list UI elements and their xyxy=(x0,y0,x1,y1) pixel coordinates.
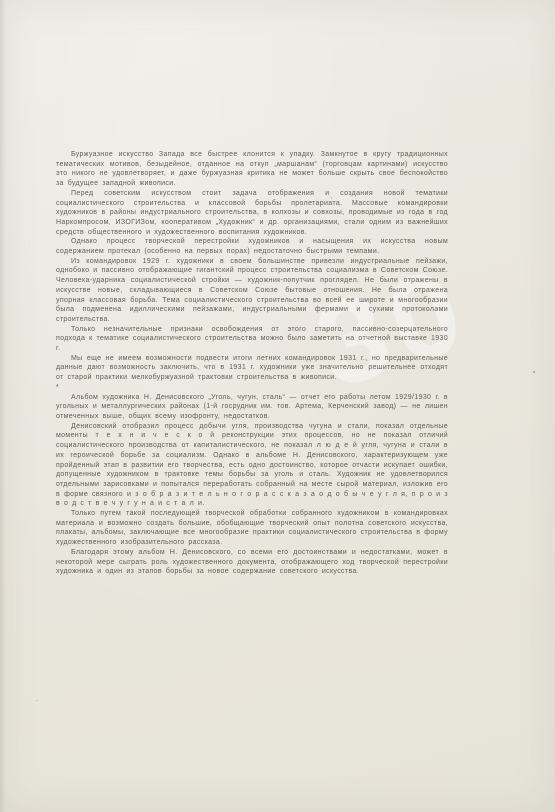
text-block: Буржуазное искусство Запада все быстрее … xyxy=(56,150,448,577)
dust-speck xyxy=(331,197,332,199)
scanned-page: 30 Буржуазное искусство Запада все быстр… xyxy=(0,0,555,812)
paragraph: Мы еще не имеем возможности подвести ито… xyxy=(56,354,448,383)
paragraph: Только незначительные признаки освобожде… xyxy=(56,325,448,354)
paragraph: Перед советским искусством стоит задача … xyxy=(56,189,448,238)
section-separator: * xyxy=(56,383,448,393)
paragraph: Только путем такой последующей творческо… xyxy=(56,509,448,548)
paragraph: Альбом художника Н. Денисовского „Уголь,… xyxy=(56,393,448,422)
paragraph: Благодаря этому альбом Н. Денисовского, … xyxy=(56,548,448,577)
page-edge-shading xyxy=(0,0,6,812)
dust-speck xyxy=(36,700,38,701)
paragraph: Денисовский отобразил процесс добычи угл… xyxy=(56,422,448,509)
paragraph: Буржуазное искусство Запада все быстрее … xyxy=(56,150,448,189)
paragraph: Из командировок 1929 г. художники в свое… xyxy=(56,257,448,325)
dust-speck xyxy=(533,371,535,373)
paragraph: Однако процесс творческой перестройки ху… xyxy=(56,237,448,256)
